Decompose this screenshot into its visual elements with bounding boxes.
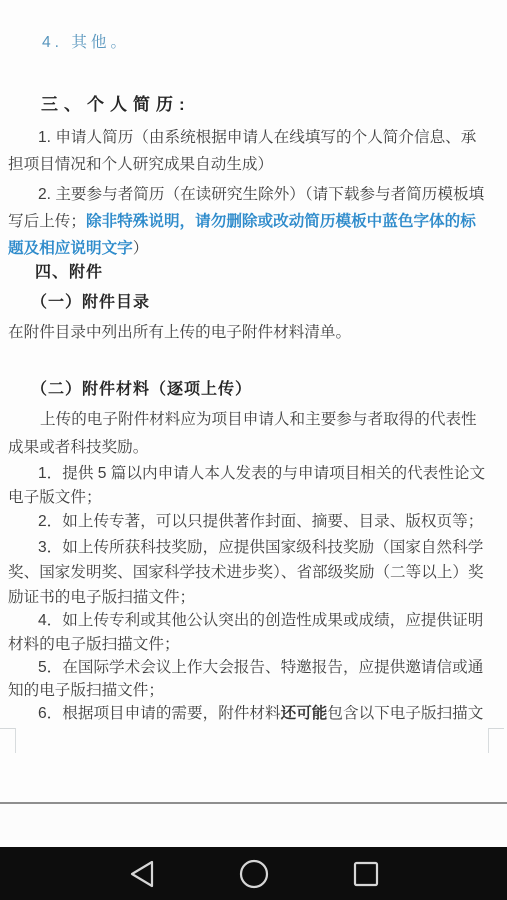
doc-line-resume-2c: 题及相应说明文字）: [8, 238, 148, 260]
doc-line-material-3c-text: 励证书的电子版扫描文件；: [8, 589, 195, 606]
page-bottom-border: [0, 802, 507, 804]
doc-line-resume-1b: 担项目情况和个人研究成果自动生成）: [8, 154, 273, 176]
doc-line-material-5a: 5．在国际学术会议上作大会报告、特邀报告，应提供邀请信或通: [38, 657, 483, 679]
doc-heading-attachments-text: 四、附件: [35, 264, 103, 281]
android-navbar: [0, 847, 507, 900]
doc-line-resume-2a-text: 2. 主要参与者简历（在读研究生除外）（请下载参与者简历模板填: [38, 186, 484, 203]
doc-line-material-3a: 3．如上传所获科技奖励，应提供国家级科技奖励（国家自然科学: [38, 537, 483, 559]
table-corner-left-mark: [0, 728, 16, 753]
doc-line-material-3a-text: 3．如上传所获科技奖励，应提供国家级科技奖励（国家自然科学: [38, 539, 483, 556]
doc-line-attachment-list-desc: 在附件目录中列出所有上传的电子附件材料清单。: [8, 322, 351, 344]
doc-line-resume-1b-text: 担项目情况和个人研究成果自动生成）: [8, 156, 273, 173]
doc-line-resume-2c-text: ）: [133, 240, 149, 257]
doc-line-material-6-text: 还可能: [281, 705, 328, 722]
doc-line-material-1b: 电子版文件；: [8, 487, 102, 509]
doc-line-material-6: 6．根据项目申请的需要，附件材料还可能包含以下电子版扫描文: [38, 703, 483, 725]
doc-line-item4-other: 4. 其他。: [42, 32, 130, 54]
doc-line-attachment-list-desc-text: 在附件目录中列出所有上传的电子附件材料清单。: [8, 324, 351, 341]
doc-line-resume-2b-text: 写后上传；: [8, 213, 86, 230]
recents-button[interactable]: [310, 847, 422, 900]
doc-heading-attachment-materials: （二）附件材料（逐项上传）: [31, 379, 252, 401]
doc-line-material-4a-text: 4．如上传专利或其他公认突出的创造性成果或成绩，应提供证明: [38, 612, 483, 629]
home-icon: [239, 859, 269, 889]
doc-line-resume-2c-text: 题及相应说明文字: [8, 240, 133, 257]
doc-line-item4-other-text: 4. 其他。: [42, 34, 130, 51]
doc-line-material-5b: 知的电子版扫描文件；: [8, 680, 164, 702]
doc-heading-attachment-materials-text: （二）附件材料（逐项上传）: [31, 381, 252, 398]
doc-heading-attachments: 四、附件: [35, 262, 103, 284]
doc-line-material-1b-text: 电子版文件；: [8, 489, 102, 506]
doc-line-materials-intro-b: 成果或者科技奖励。: [8, 437, 148, 459]
home-button[interactable]: [198, 847, 310, 900]
table-corner-right-mark: [488, 728, 504, 753]
doc-line-material-4b: 材料的电子版扫描文件；: [8, 634, 180, 656]
doc-heading-personal-resume: 三、个人简历:: [41, 94, 191, 117]
phone-screen: 4. 其他。三、个人简历:1. 申请人简历（由系统根据申请人在线填写的个人简介信…: [0, 0, 507, 900]
doc-line-material-4a: 4．如上传专利或其他公认突出的创造性成果或成绩，应提供证明: [38, 610, 483, 632]
doc-line-material-3b-text: 奖、国家发明奖、国家科学技术进步奖）、省部级奖励（二等以上）奖: [8, 564, 484, 581]
doc-line-material-2: 2．如上传专著，可以只提供著作封面、摘要、目录、版权页等；: [38, 511, 483, 533]
doc-line-material-6-text: 6．根据项目申请的需要，附件材料: [38, 705, 281, 722]
doc-line-material-3b: 奖、国家发明奖、国家科学技术进步奖）、省部级奖励（二等以上）奖: [8, 562, 484, 584]
doc-line-materials-intro-a: 上传的电子附件材料应为项目申请人和主要参与者取得的代表性: [40, 409, 477, 431]
doc-line-resume-1a: 1. 申请人简历（由系统根据申请人在线填写的个人简介信息、承: [38, 127, 476, 149]
back-icon: [129, 859, 155, 889]
doc-line-material-2-text: 2．如上传专著，可以只提供著作封面、摘要、目录、版权页等；: [38, 513, 483, 530]
doc-heading-attachment-list: （一）附件目录: [31, 292, 150, 314]
doc-line-resume-2b: 写后上传；除非特殊说明，请勿删除或改动简历模板中蓝色字体的标: [8, 211, 476, 233]
doc-line-material-4b-text: 材料的电子版扫描文件；: [8, 636, 180, 653]
doc-line-material-6-text: 包含以下电子版扫描文: [327, 705, 483, 722]
doc-line-materials-intro-a-text: 上传的电子附件材料应为项目申请人和主要参与者取得的代表性: [40, 411, 477, 428]
doc-heading-attachment-list-text: （一）附件目录: [31, 294, 150, 311]
doc-line-resume-1a-text: 1. 申请人简历（由系统根据申请人在线填写的个人简介信息、承: [38, 129, 476, 146]
doc-line-material-1a-text: 1．提供 5 篇以内申请人本人发表的与申请项目相关的代表性论文: [38, 465, 485, 482]
recents-icon: [353, 861, 379, 887]
document-page[interactable]: 4. 其他。三、个人简历:1. 申请人简历（由系统根据申请人在线填写的个人简介信…: [0, 0, 507, 803]
doc-line-material-5b-text: 知的电子版扫描文件；: [8, 682, 164, 699]
back-button[interactable]: [86, 847, 198, 900]
doc-line-resume-2a: 2. 主要参与者简历（在读研究生除外）（请下载参与者简历模板填: [38, 184, 484, 206]
doc-line-materials-intro-b-text: 成果或者科技奖励。: [8, 439, 148, 456]
doc-heading-personal-resume-text: 三、个人简历:: [41, 95, 191, 114]
doc-line-material-3c: 励证书的电子版扫描文件；: [8, 587, 195, 609]
doc-line-resume-2b-text: 除非特殊说明，请勿删除或改动简历模板中蓝色字体的标: [86, 213, 476, 230]
doc-line-material-1a: 1．提供 5 篇以内申请人本人发表的与申请项目相关的代表性论文: [38, 463, 485, 485]
doc-line-material-5a-text: 5．在国际学术会议上作大会报告、特邀报告，应提供邀请信或通: [38, 659, 483, 676]
